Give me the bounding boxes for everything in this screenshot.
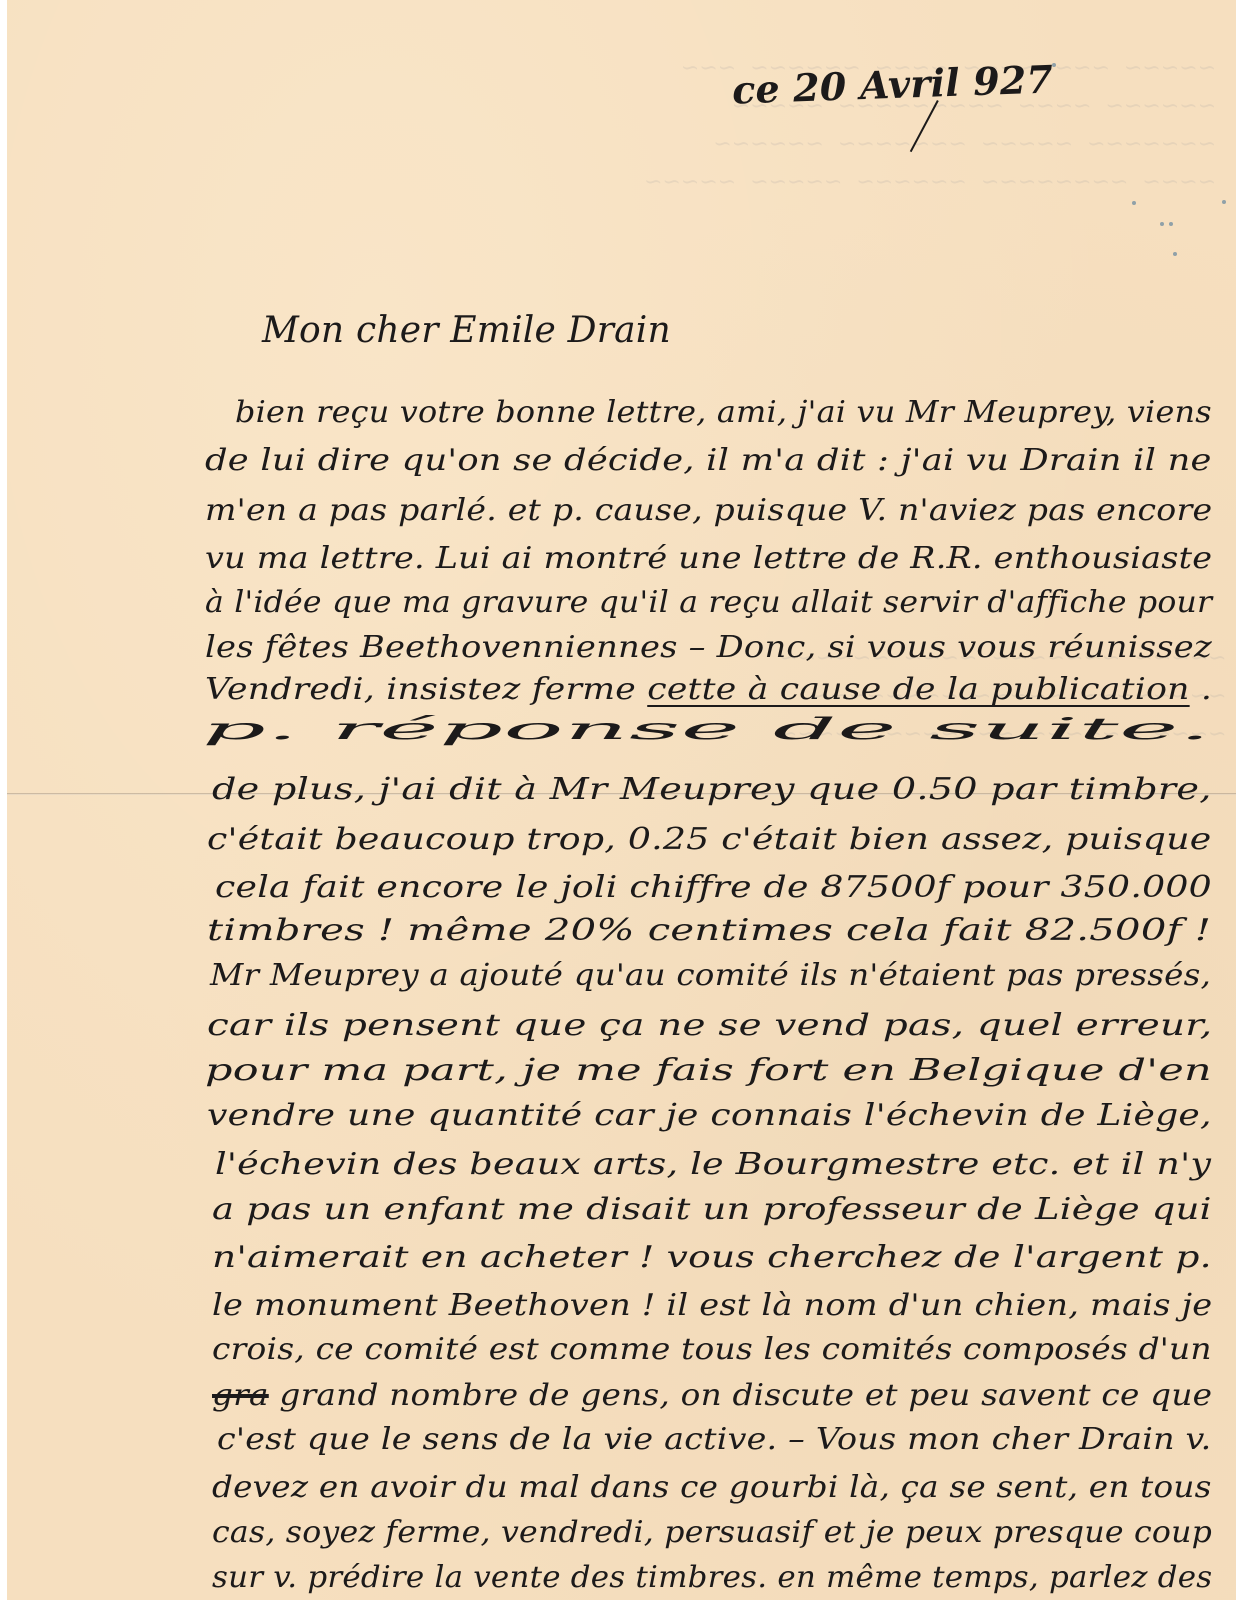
ink-speck	[1173, 252, 1177, 256]
letter-line: c'est que le sens de la vie active. – Vo…	[217, 1422, 1211, 1457]
letter-line: cas, soyez ferme, vendredi, persuasif et…	[212, 1515, 1212, 1550]
ink-speck	[1169, 222, 1173, 226]
letter-line-segment: .	[1190, 672, 1212, 707]
letter-line: timbres ! même 20% centimes cela fait 82…	[207, 913, 1211, 948]
letter-line: vendre une quantité car je connais l'éch…	[207, 1098, 1212, 1133]
underlined-phrase: cette à cause de la publication	[647, 672, 1189, 707]
letter-line: Mr Meuprey a ajouté qu'au comité ils n'é…	[210, 958, 1211, 993]
letter-line: le monument Beethoven ! il est là nom d'…	[212, 1288, 1212, 1323]
letter-line: devez en avoir du mal dans ce gourbi là,…	[212, 1470, 1212, 1505]
letter-line: sur v. prédire la vente des timbres. en …	[212, 1560, 1212, 1595]
letter-line: Vendredi, insistez ferme cette à cause d…	[205, 672, 1212, 707]
letter-line: de lui dire qu'on se décide, il m'a dit …	[205, 443, 1212, 478]
letter-date: ce 20 Avril 927	[731, 56, 1053, 112]
letter-line: vu ma lettre. Lui ai montré une lettre d…	[205, 541, 1212, 576]
letter-line: cela fait encore le joli chiffre de 8750…	[215, 870, 1212, 905]
letter-line: n'aimerait en acheter ! vous cherchez de…	[212, 1240, 1212, 1275]
ink-speck	[1160, 222, 1164, 226]
letter-salutation: Mon cher Emile Drain	[262, 310, 671, 351]
letter-line: à l'idée que ma gravure qu'il a reçu all…	[205, 585, 1212, 620]
letter-line: l'échevin des beaux arts, le Bourgmestre…	[215, 1147, 1211, 1182]
letter-line: m'en a pas parlé. et p. cause, puisque V…	[205, 493, 1212, 528]
letter-line: de plus, j'ai dit à Mr Meuprey que 0.50 …	[212, 772, 1212, 807]
letter-line-segment: grand nombre de gens, on discute et peu …	[279, 1378, 1212, 1413]
letter-line: les fêtes Beethovenniennes – Donc, si vo…	[205, 630, 1212, 665]
letter-line: a pas un enfant me disait un professeur …	[212, 1192, 1212, 1227]
letter-line: c'était beaucoup trop, 0.25 c'était bien…	[207, 822, 1212, 857]
letter-line: crois, ce comité est comme tous les comi…	[212, 1332, 1212, 1367]
ink-speck	[1222, 200, 1226, 204]
ink-speck	[1132, 201, 1136, 205]
letter-page: ~~~~~ ~~~~~~~~ ~~~~ ~~~~~~ ~~~ ~~~~~~ ~~…	[7, 0, 1236, 1600]
letter-line: bien reçu votre bonne lettre, ami, j'ai …	[235, 395, 1212, 430]
date-flourish	[910, 100, 939, 152]
letter-line: p. réponse de suite.	[202, 712, 1211, 747]
letter-line: car ils pensent que ça ne se vend pas, q…	[207, 1008, 1212, 1043]
crossed-out-word: gra	[212, 1378, 269, 1413]
letter-line: gra grand nombre de gens, on discute et …	[212, 1378, 1212, 1413]
letter-line: pour ma part, je me fais fort en Belgiqu…	[205, 1053, 1212, 1088]
letter-line-segment: Vendredi, insistez ferme	[205, 672, 647, 707]
